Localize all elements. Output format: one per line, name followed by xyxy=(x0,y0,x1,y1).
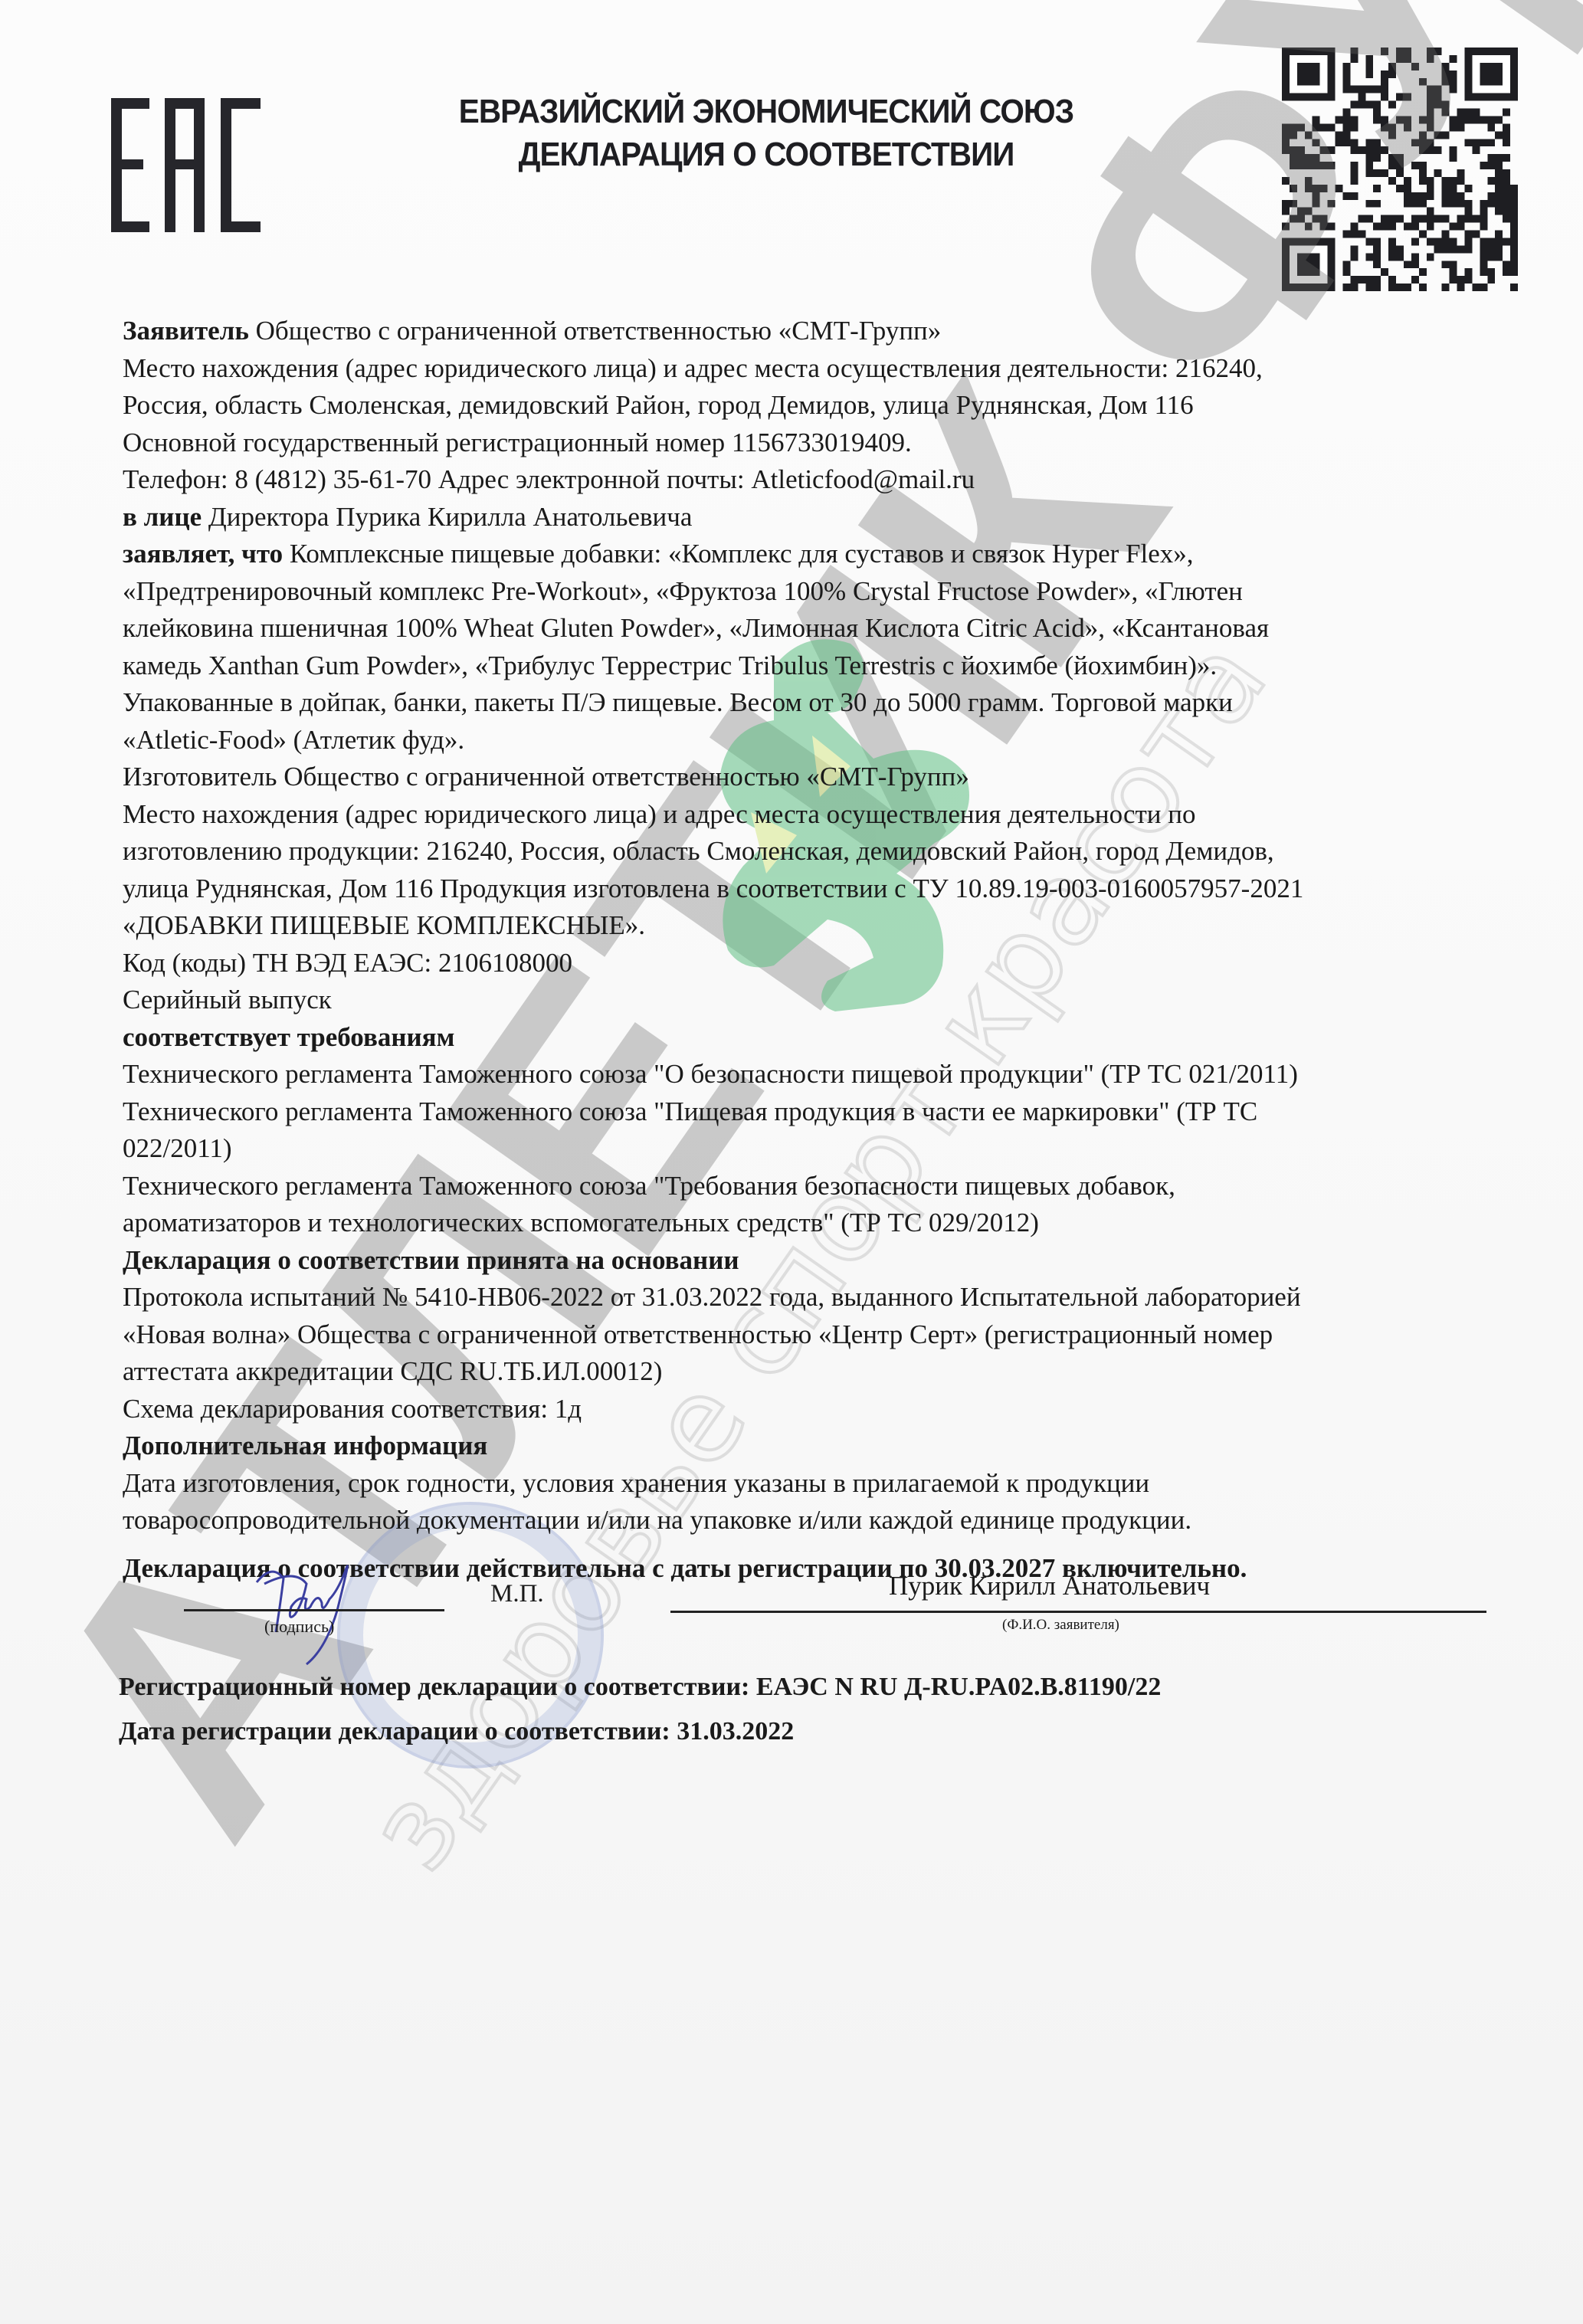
eac-logo xyxy=(111,98,261,232)
signer-caption: (Ф.И.О. заявителя) xyxy=(1002,1617,1119,1634)
additional-info-text: товаросопроводительной документации и/ил… xyxy=(123,1502,1471,1539)
handwritten-signature-icon xyxy=(234,1552,372,1674)
requirement-item: Технического регламента Таможенного союз… xyxy=(123,1093,1471,1131)
registration-number: Регистрационный номер декларации о соотв… xyxy=(119,1665,1161,1709)
registration-date: Дата регистрации декларации о соответств… xyxy=(119,1709,1161,1754)
title-union: ЕВРАЗИЙСКИЙ ЭКОНОМИЧЕСКИЙ СОЮЗ xyxy=(428,90,1104,133)
basis-heading: Декларация о соответствии принята на осн… xyxy=(123,1242,1471,1280)
applicant-label: Заявитель xyxy=(123,316,249,346)
declaration-scheme: Схема декларирования соответствия: 1д xyxy=(123,1391,1471,1428)
manufacturer-text: Место нахождения (адрес юридического лиц… xyxy=(123,796,1471,834)
declaration-page: ЕВРАЗИЙСКИЙ ЭКОНОМИЧЕСКИЙ СОЮЗ ДЕКЛАРАЦИ… xyxy=(0,0,1583,2324)
representative-line: в лице Директора Пурика Кирилла Анатолье… xyxy=(123,499,1471,536)
hs-code: Код (коды) ТН ВЭД ЕАЭС: 2106108000 xyxy=(123,945,1471,982)
document-title: ЕВРАЗИЙСКИЙ ЭКОНОМИЧЕСКИЙ СОЮЗ ДЕКЛАРАЦИ… xyxy=(428,90,1104,176)
serial-production: Серийный выпуск xyxy=(123,982,1471,1019)
requirement-item: Технического регламента Таможенного союз… xyxy=(123,1168,1471,1205)
manufacturer-text: Изготовитель Общество с ограниченной отв… xyxy=(123,759,1471,796)
registration-block: Регистрационный номер декларации о соотв… xyxy=(119,1665,1161,1754)
eac-mark-icon xyxy=(111,98,261,232)
additional-info-heading: Дополнительная информация xyxy=(123,1428,1471,1465)
declares-text: «Atletic-Food» (Атлетик фуд». xyxy=(123,722,1471,759)
declares-text: Комплексные пищевые добавки: «Комплекс д… xyxy=(283,539,1193,569)
qr-code-icon[interactable] xyxy=(1281,48,1519,291)
declares-label: заявляет, что xyxy=(123,539,283,569)
declaration-body: Заявитель Общество с ограниченной ответс… xyxy=(123,313,1471,1587)
title-declaration: ДЕКЛАРАЦИЯ О СООТВЕТСТВИИ xyxy=(428,133,1104,176)
basis-text: «Новая волна» Общества с ограниченной от… xyxy=(123,1316,1471,1354)
signer-line xyxy=(670,1611,1486,1613)
seal-label: М.П. xyxy=(490,1580,544,1608)
signer-name: Пурик Кирилл Анатольевич xyxy=(889,1571,1210,1601)
manufacturer-text: «ДОБАВКИ ПИЩЕВЫЕ КОМПЛЕКСНЫЕ». xyxy=(123,907,1471,945)
represented-label: в лице xyxy=(123,502,202,532)
requirement-item: Технического регламента Таможенного союз… xyxy=(123,1056,1471,1093)
manufacturer-text: изготовлению продукции: 216240, Россия, … xyxy=(123,833,1471,870)
declares-text: «Предтренировочный комплекс Pre-Workout»… xyxy=(123,573,1471,611)
applicant-line: Заявитель Общество с ограниченной ответс… xyxy=(123,313,1471,350)
qr-code-graphic xyxy=(1281,48,1519,291)
declares-text: Упакованные в дойпак, банки, пакеты П/Э … xyxy=(123,684,1471,722)
applicant-ogrn: Основной государственный регистрационный… xyxy=(123,424,1471,462)
applicant-address-cont: Россия, область Смоленская, демидовский … xyxy=(123,387,1471,424)
additional-info-text: Дата изготовления, срок годности, услови… xyxy=(123,1465,1471,1503)
signature-block: (подпись) М.П. Пурик Кирилл Анатольевич … xyxy=(123,1563,1471,1647)
representative-name: Директора Пурика Кирилла Анатольевича xyxy=(202,502,692,532)
declares-text: клейковина пшеничная 100% Wheat Gluten P… xyxy=(123,610,1471,647)
applicant-address: Место нахождения (адрес юридического лиц… xyxy=(123,350,1471,388)
requirement-item: 022/2011) xyxy=(123,1130,1471,1168)
spacer xyxy=(123,1539,1471,1550)
declares-text: камедь Xanthan Gum Powder», «Трибулус Те… xyxy=(123,647,1471,685)
basis-text: Протокола испытаний № 5410-НВ06-2022 от … xyxy=(123,1279,1471,1316)
declares-line: заявляет, что Комплексные пищевые добавк… xyxy=(123,536,1471,573)
requirement-item: ароматизаторов и технологических вспомог… xyxy=(123,1205,1471,1242)
signature-line xyxy=(184,1609,444,1611)
basis-text: аттестата аккредитации СДС RU.ТБ.ИЛ.0001… xyxy=(123,1353,1471,1391)
applicant-contacts: Телефон: 8 (4812) 35-61-70 Адрес электро… xyxy=(123,461,1471,499)
manufacturer-text: улица Руднянская, Дом 116 Продукция изго… xyxy=(123,870,1471,908)
signature-caption: (подпись) xyxy=(264,1617,334,1637)
applicant-name: Общество с ограниченной ответственностью… xyxy=(249,316,941,346)
requirements-heading: соответствует требованиям xyxy=(123,1019,1471,1057)
